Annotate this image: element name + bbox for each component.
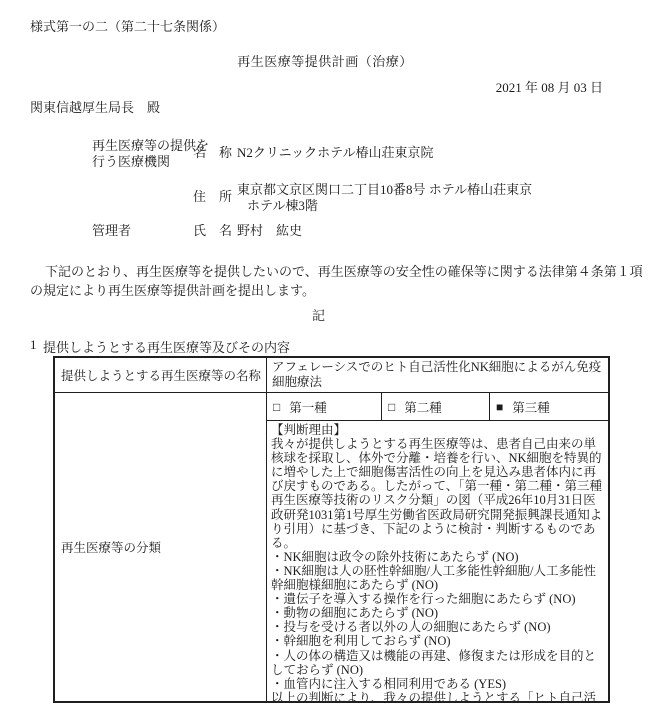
therapy-name-value: アフェレーシスでのヒト自己活性化NK細胞によるがん免疫細胞療法 <box>272 360 603 390</box>
therapy-name-label-cell: 提供しようとする再生医療等の名称 <box>55 358 267 392</box>
provider-org-label-line2: 行う医療機関 <box>92 151 170 170</box>
checkbox-checked-icon: ■ <box>496 401 503 413</box>
manager-name-label: 氏 名 <box>193 220 232 239</box>
table-row-classification: 再生医療等の分類 □ 第一種 □ 第二種 ■ 第三種 <box>55 393 608 701</box>
body-paragraph-line1: 下記のとおり、再生医療等を提供したいので、再生医療等の安全性の確保等に関する法律… <box>30 261 643 280</box>
document-date: 2021 年 08 月 03 日 <box>496 77 603 96</box>
provider-name-label: 名 称 <box>193 142 232 161</box>
class-option-type1-label: 第一種 <box>289 398 327 416</box>
checkbox-unchecked-icon: □ <box>273 401 280 413</box>
form-number: 様式第一の二（第二十七条関係） <box>30 16 225 35</box>
table-row-name: 提供しようとする再生医療等の名称 アフェレーシスでのヒト自己活性化NK細胞による… <box>55 358 608 393</box>
reason-heading: 【判断理由】 <box>271 423 604 437</box>
class-option-type1: □ 第一種 <box>267 393 382 420</box>
judgment-reason-cell: 【判断理由】 我々が提供しようとする再生医療等は、患者自己由来の単核球を採取し、… <box>267 421 608 701</box>
reason-bullet: ・血管内に注入する相同利用である (YES) <box>271 677 604 691</box>
reason-bullet: ・動物の細胞にあたらず (NO) <box>271 606 604 620</box>
reason-bullet: ・NK細胞は人の胚性幹細胞/人工多能性幹細胞/人工多能性幹細胞様細胞にあたらず … <box>271 564 604 592</box>
reason-bullet: ・遺伝子を導入する操作を行った細胞にあたらず (NO) <box>271 592 604 606</box>
reason-bullet: ・NK細胞は政令の除外技術にあたらず (NO) <box>271 550 604 564</box>
reason-conclusion: 以上の判断により、我々の提供しようとする「ヒト自己活性化NK細胞」は第三種の特定… <box>271 691 604 701</box>
reason-paragraph: 我々が提供しようとする再生医療等は、患者自己由来の単核球を採取し、体外で分離・培… <box>271 437 604 550</box>
provider-address-line2: ホテル棟3階 <box>247 195 318 214</box>
provider-name-value: N2クリニックホテル椿山荘東京院 <box>237 142 433 161</box>
manager-name-value: 野村 紘史 <box>237 220 302 239</box>
reason-bullet: ・幹細胞を利用しておらず (NO) <box>271 634 604 648</box>
classification-label: 再生医療等の分類 <box>61 538 161 556</box>
reason-bullet: ・人の体の構造又は機能の再建、修復または形成を目的としておらず (NO) <box>271 649 604 677</box>
classification-options-row: □ 第一種 □ 第二種 ■ 第三種 <box>267 393 608 421</box>
therapy-name-value-cell: アフェレーシスでのヒト自己活性化NK細胞によるがん免疫細胞療法 <box>267 358 608 392</box>
class-option-type2-label: 第二種 <box>404 398 442 416</box>
reason-bullet: ・投与を受ける者以外の人の細胞にあたらず (NO) <box>271 620 604 634</box>
class-option-type3-label: 第三種 <box>512 398 550 416</box>
addressee: 関東信越厚生局長 殿 <box>30 97 160 116</box>
manager-label: 管理者 <box>92 220 131 239</box>
class-option-type3: ■ 第三種 <box>490 393 608 420</box>
classification-content: □ 第一種 □ 第二種 ■ 第三種 【判断理由】 我々が提供しようとする再生医療… <box>267 393 608 701</box>
ki-marker: 記 <box>312 305 325 324</box>
document-title: 再生医療等提供計画（治療） <box>0 51 650 70</box>
document-page: 様式第一の二（第二十七条関係） 再生医療等提供計画（治療） 2021 年 08 … <box>0 0 650 728</box>
regenerative-medicine-table: 提供しようとする再生医療等の名称 アフェレーシスでのヒト自己活性化NK細胞による… <box>53 356 610 703</box>
section1-heading: 提供しようとする再生医療等及びその内容 <box>43 337 290 356</box>
classification-label-cell: 再生医療等の分類 <box>55 393 267 701</box>
class-option-type2: □ 第二種 <box>382 393 490 420</box>
provider-address-label: 住 所 <box>193 186 232 205</box>
body-paragraph-line2: の規定により再生医療等提供計画を提出します。 <box>30 280 315 299</box>
therapy-name-label: 提供しようとする再生医療等の名称 <box>61 366 261 384</box>
section1-number: 1 <box>30 337 37 353</box>
checkbox-unchecked-icon: □ <box>388 401 395 413</box>
